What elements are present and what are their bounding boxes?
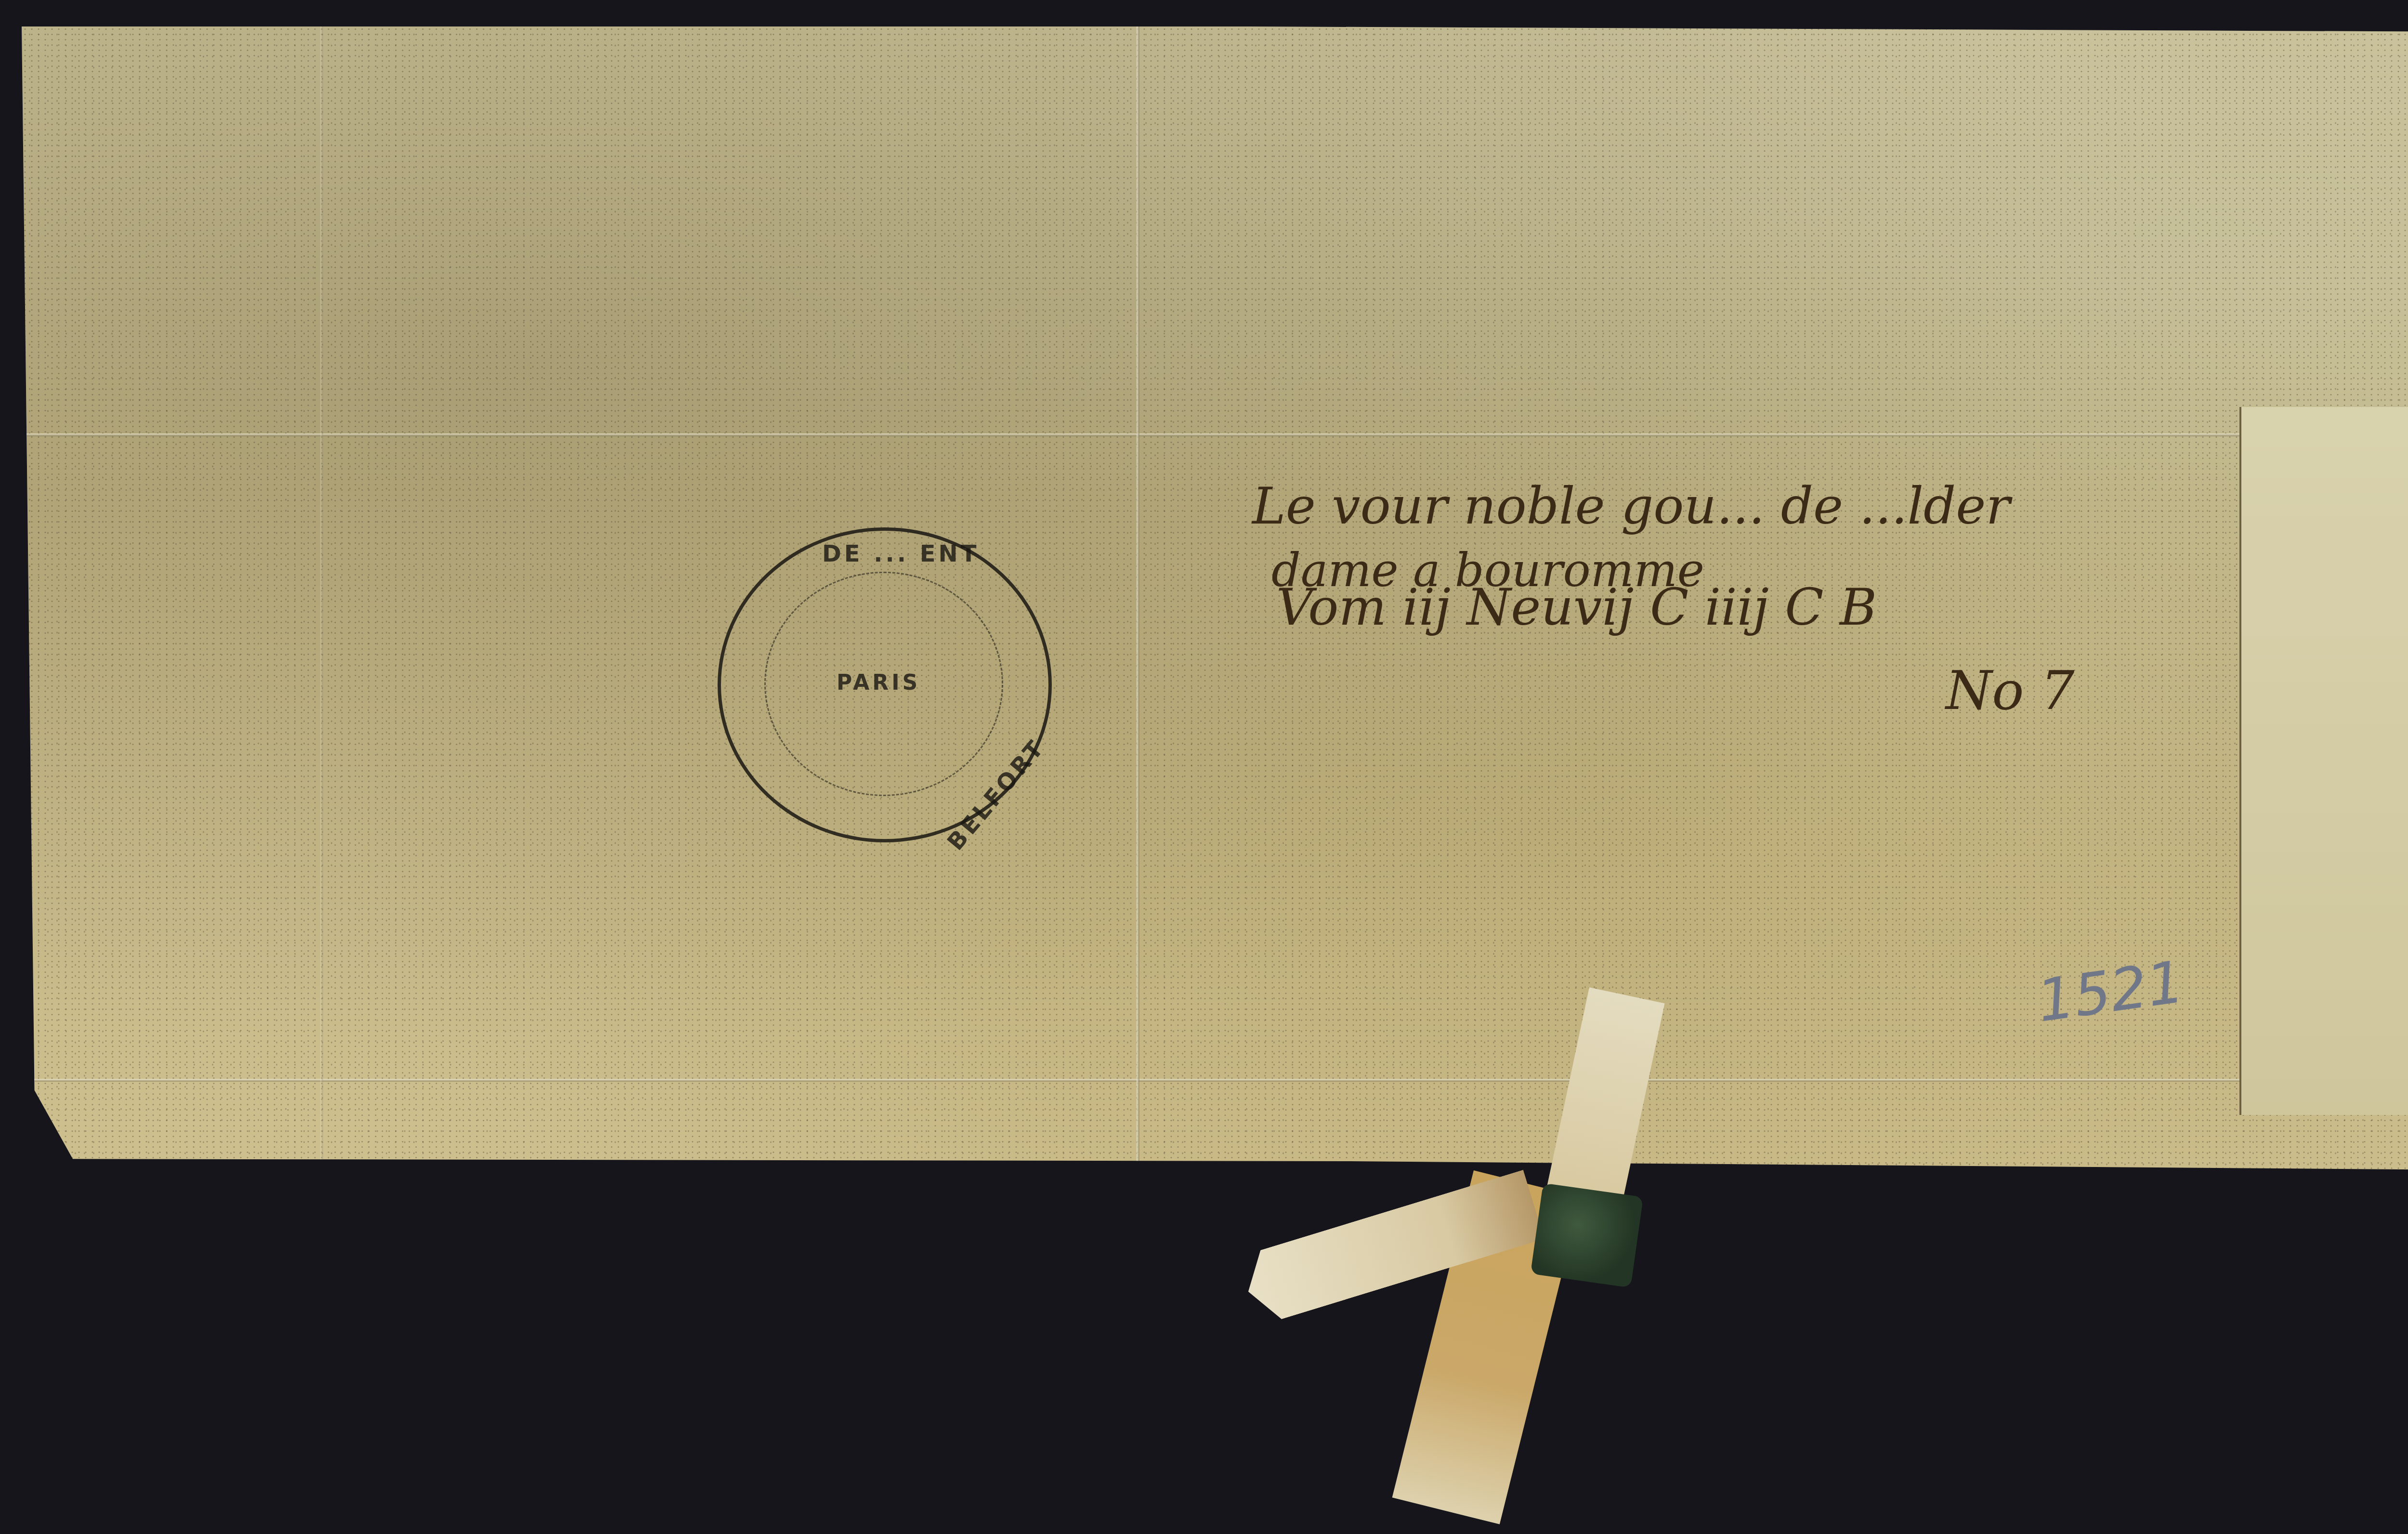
endorsement-shelfmark: No 7 bbox=[1946, 660, 2074, 721]
horizontal-fold-lower bbox=[22, 1079, 2408, 1082]
horizontal-fold-upper bbox=[22, 433, 2408, 436]
vertical-fold-center bbox=[1137, 26, 1139, 1170]
endorsement-line-1: Le vour noble gou... de ...lder bbox=[1252, 477, 2010, 536]
stamp-text-center: PARIS bbox=[837, 670, 920, 695]
wax-seal-fragment bbox=[1531, 1183, 1643, 1287]
stamp-text-top: DE ... ENT bbox=[822, 540, 979, 567]
folded-flap-right bbox=[2239, 407, 2408, 1115]
endorsement-line-3: Vom iij Neuvij C iiij C B bbox=[1276, 578, 1877, 637]
vertical-fold-left bbox=[320, 26, 323, 1170]
archive-stamp: DE ... ENT BELFORT PARIS bbox=[718, 527, 1052, 842]
